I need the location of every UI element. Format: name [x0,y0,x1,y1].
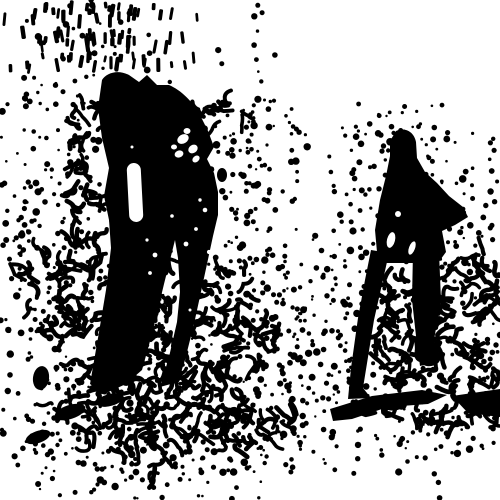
dithered-skaters-image: High-contrast 1-bit halftone photograph … [0,0,500,500]
screenshot-root: High-contrast 1-bit halftone photograph … [0,0,500,500]
halftone-photo: High-contrast 1-bit halftone photograph … [0,0,500,500]
